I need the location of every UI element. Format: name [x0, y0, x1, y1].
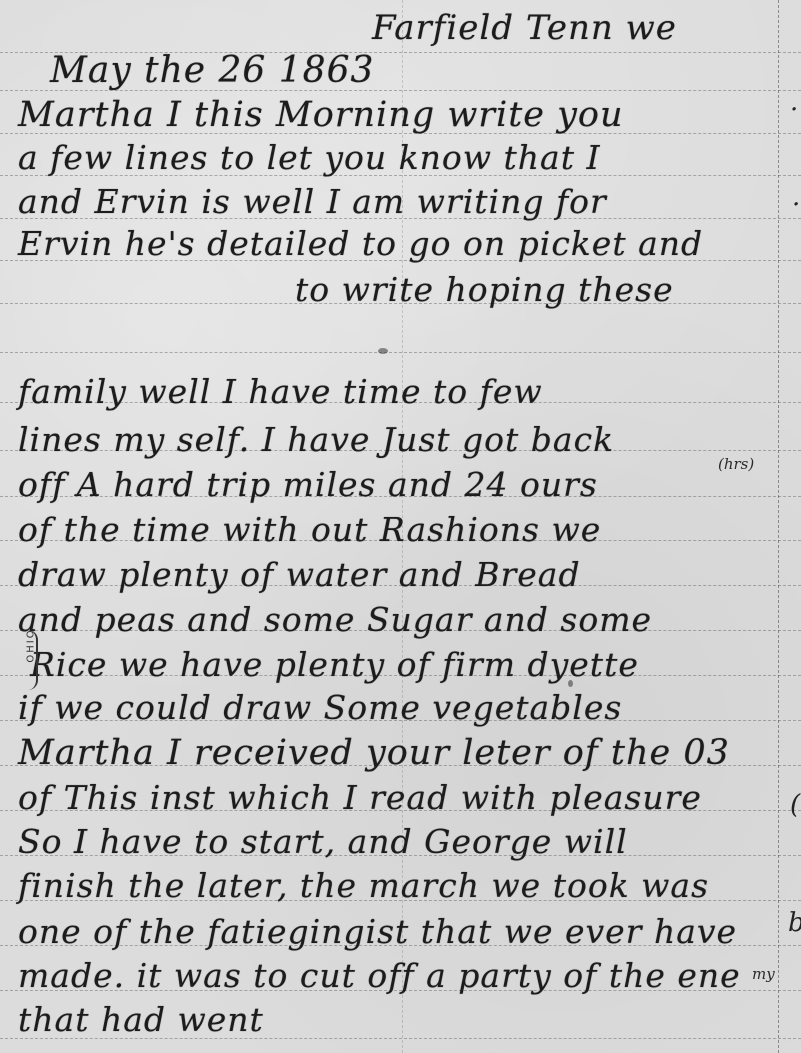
- letter-line: off A hard trip miles and 24 ours: [18, 465, 598, 504]
- letter-line: So I have to start, and George will: [18, 822, 628, 861]
- letter-line: one of the fatiegingist that we ever hav…: [18, 912, 737, 951]
- letter-line: to write hoping these: [295, 270, 674, 309]
- letter-line: if we could draw Some vegetables: [18, 688, 622, 727]
- letter-line: Martha I received your leter of the 03: [18, 733, 730, 773]
- letter-line: Ervin he's detailed to go on picket and: [18, 224, 703, 263]
- right-edge-fragment: ·: [790, 95, 798, 125]
- letter-line: a few lines to let you know that I: [18, 138, 601, 177]
- letter-line: finish the later, the march we took was: [18, 866, 709, 905]
- paper-smudge: [378, 348, 388, 354]
- letter-line: family well I have time to few: [18, 372, 543, 411]
- letter-line: lines my self. I have Just got back: [18, 420, 614, 459]
- letter-line: and peas and some Sugar and some: [18, 600, 652, 639]
- letter-line: Martha I this Morning write you: [18, 95, 624, 135]
- letter-date: May the 26 1863: [50, 50, 374, 91]
- letter-line: Rice we have plenty of firm dyette: [30, 645, 639, 684]
- ohio-stamp: OHIO: [26, 628, 37, 662]
- right-margin-rule: [778, 0, 779, 1053]
- letter-line: draw plenty of water and Bread: [18, 555, 581, 594]
- hours-insertion: (hrs): [718, 455, 754, 473]
- right-edge-fragment: ·: [792, 190, 800, 220]
- letter-line: of This inst which I read with pleasure: [18, 778, 702, 817]
- ink-blot: [568, 680, 573, 687]
- letter-place: Farfield Tenn we: [372, 8, 677, 48]
- letter-line: of the time with out Rashions we: [18, 510, 601, 549]
- letter-line: made. it was to cut off a party of the e…: [18, 956, 741, 995]
- letter-page: Farfield Tenn we May the 26 1863 Martha …: [0, 0, 801, 1053]
- ruled-line: [0, 352, 801, 353]
- letter-line: that had went: [18, 1000, 264, 1039]
- my-insertion: my: [752, 965, 775, 983]
- right-edge-fragment: (: [790, 790, 800, 820]
- letter-line: and Ervin is well I am writing for: [18, 182, 607, 221]
- right-edge-fragment: b: [788, 908, 801, 938]
